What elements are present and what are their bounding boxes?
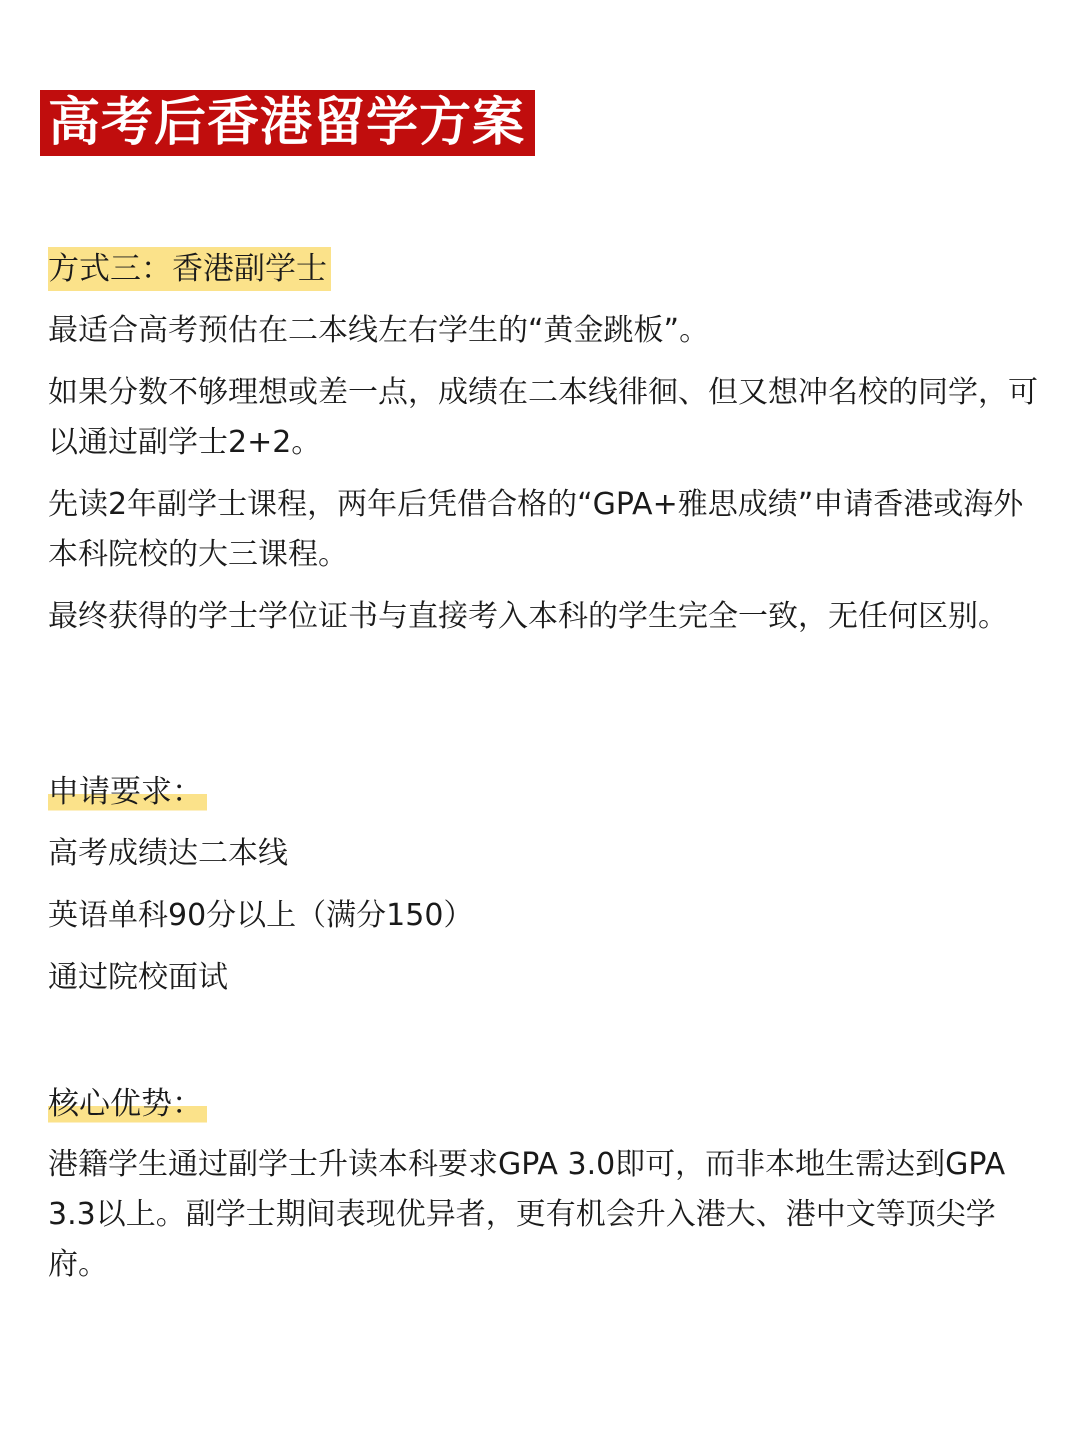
advantages-paragraph: 港籍学生通过副学士升读本科要求GPA 3.0即可，而非本地生需达到GPA 3.3… xyxy=(48,1140,1033,1290)
method-paragraph-4: 最终获得的学士学位证书与直接考入本科的学生完全一致，无任何区别。 xyxy=(48,592,1038,642)
requirement-item: 高考成绩达二本线 xyxy=(48,829,1038,879)
requirement-item: 通过院校面试 xyxy=(48,953,1038,1003)
method-paragraph-2: 如果分数不够理想或差一点，成绩在二本线徘徊、但又想冲名校的同学，可以通过副学士2… xyxy=(48,368,1038,468)
requirement-item: 英语单科90分以上（满分150） xyxy=(48,891,1038,941)
method-paragraph-3: 先读2年副学士课程，两年后凭借合格的“GPA+雅思成绩”申请香港或海外本科院校的… xyxy=(48,480,1038,580)
section-heading-method: 方式三：香港副学士 xyxy=(48,247,331,291)
method-paragraph-1: 最适合高考预估在二本线左右学生的“黄金跳板”。 xyxy=(48,306,1038,356)
page-title: 高考后香港留学方案 xyxy=(40,90,535,156)
section-heading-advantages: 核心优势： xyxy=(48,1082,207,1126)
section-heading-requirements: 申请要求： xyxy=(48,770,207,814)
